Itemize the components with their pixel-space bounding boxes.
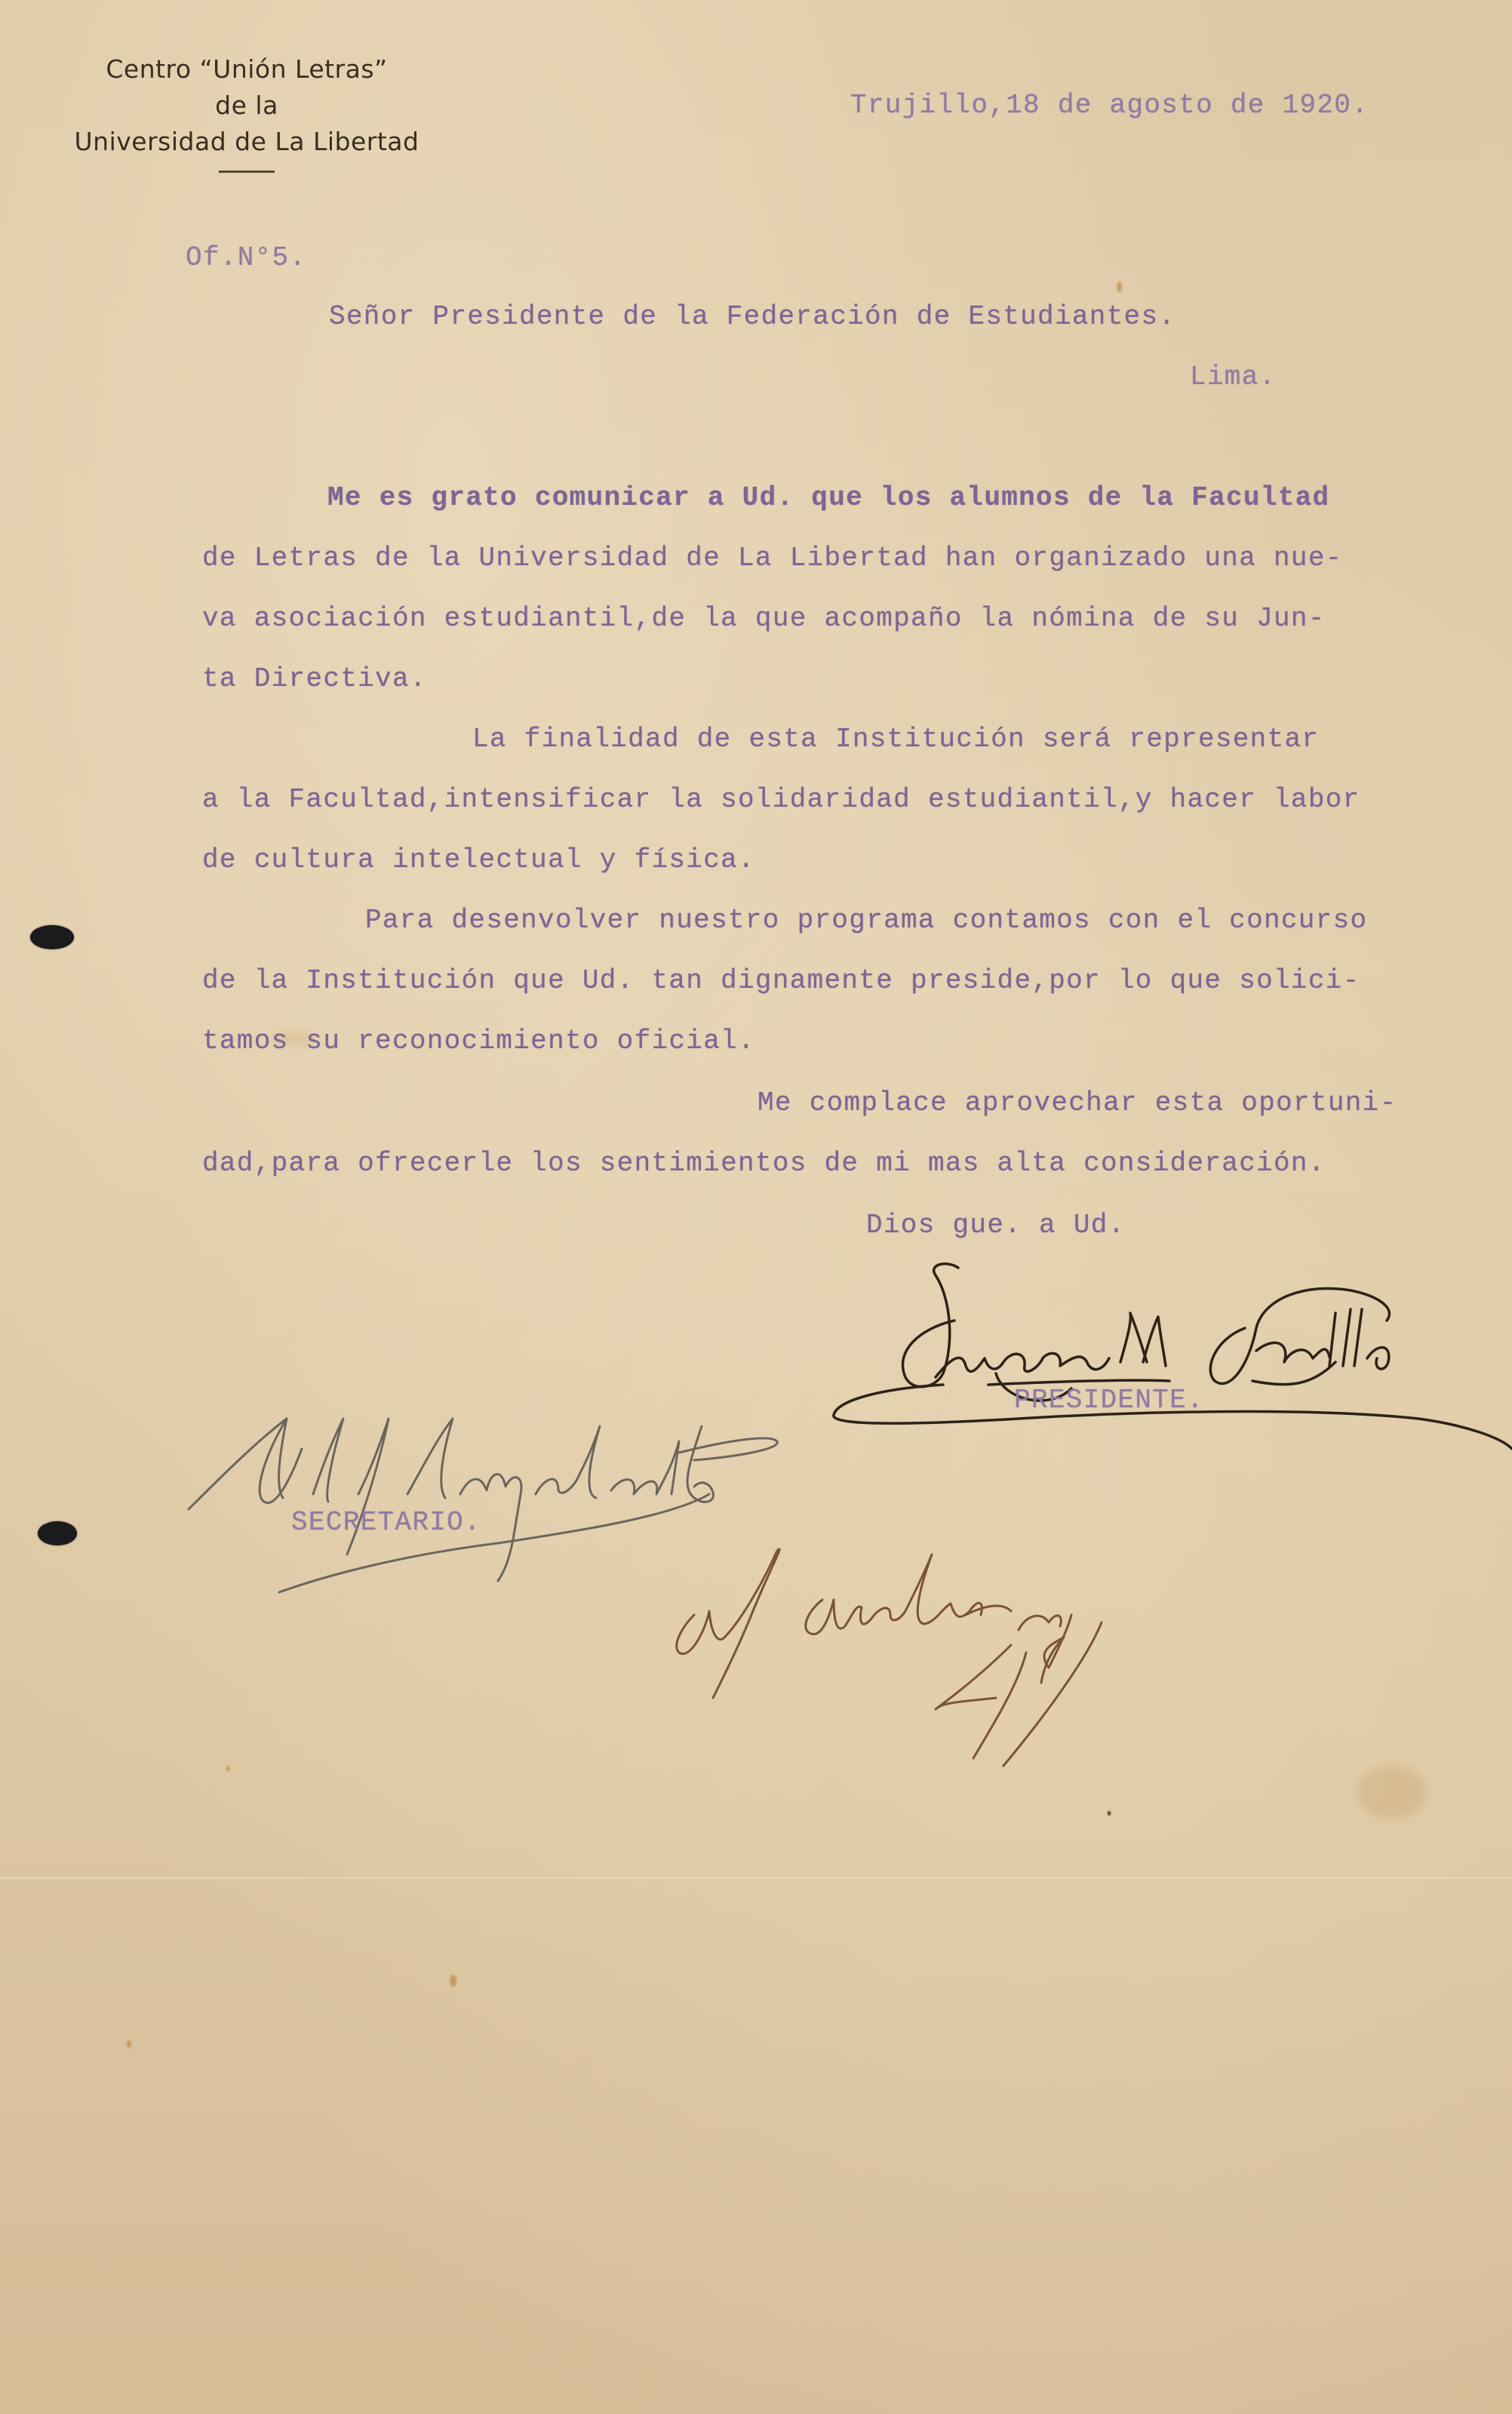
body-line: dad,para ofrecerle los sentimientos de m… [202,1149,1326,1179]
body-line: Me complace aprovechar esta oportuni- [758,1088,1397,1118]
foxing-spot [1117,281,1122,292]
body-line: de la Institución que Ud. tan dignamente… [202,966,1360,996]
body-line: de cultura intelectual y física. [202,845,755,875]
punch-hole-top [30,925,74,949]
body-line: de Letras de la Universidad de La Libert… [202,543,1343,574]
water-stain [1358,1766,1426,1819]
letterhead: Centro “Unión Letras” de la Universidad … [69,51,424,173]
reference-number: Of.N°5. [186,243,306,273]
letterhead-rule [219,171,275,173]
foxing-spot [450,1975,456,1987]
body-line: a la Facultad,intensificar la solidarida… [202,785,1360,815]
punch-hole-bottom [38,1521,77,1545]
recipient-line: Señor Presidente de la Federación de Est… [329,302,1175,332]
recipient-city: Lima. [1190,362,1277,392]
letterhead-university: Universidad de La Libertad [69,124,424,160]
secretary-title: SECRETARIO. [291,1508,481,1538]
dateline: Trujillo,18 de agosto de 1920. [850,91,1369,121]
body-line: va asociación estudiantil,de la que acom… [202,604,1326,634]
foxing-spot [127,2040,131,2048]
letterhead-org-name: Centro “Unión Letras” [69,51,424,88]
foxing-spot [1108,1811,1111,1816]
body-line: tamos su reconocimiento oficial. [202,1026,755,1056]
body-line: Me es grato comunicar a Ud. que los alum… [327,483,1329,513]
letterhead-connector: de la [69,88,424,124]
foxing-spot [226,1766,230,1772]
archive-annotation [664,1539,1147,1781]
closing: Dios gue. a Ud. [866,1210,1126,1241]
president-title: PRESIDENTE. [1014,1385,1204,1416]
body-line: ta Directiva. [202,664,427,694]
body-line: Para desenvolver nuestro programa contam… [365,906,1367,936]
body-line: La finalidad de esta Institución será re… [472,724,1319,755]
paper-fold-line [0,1877,1512,1880]
